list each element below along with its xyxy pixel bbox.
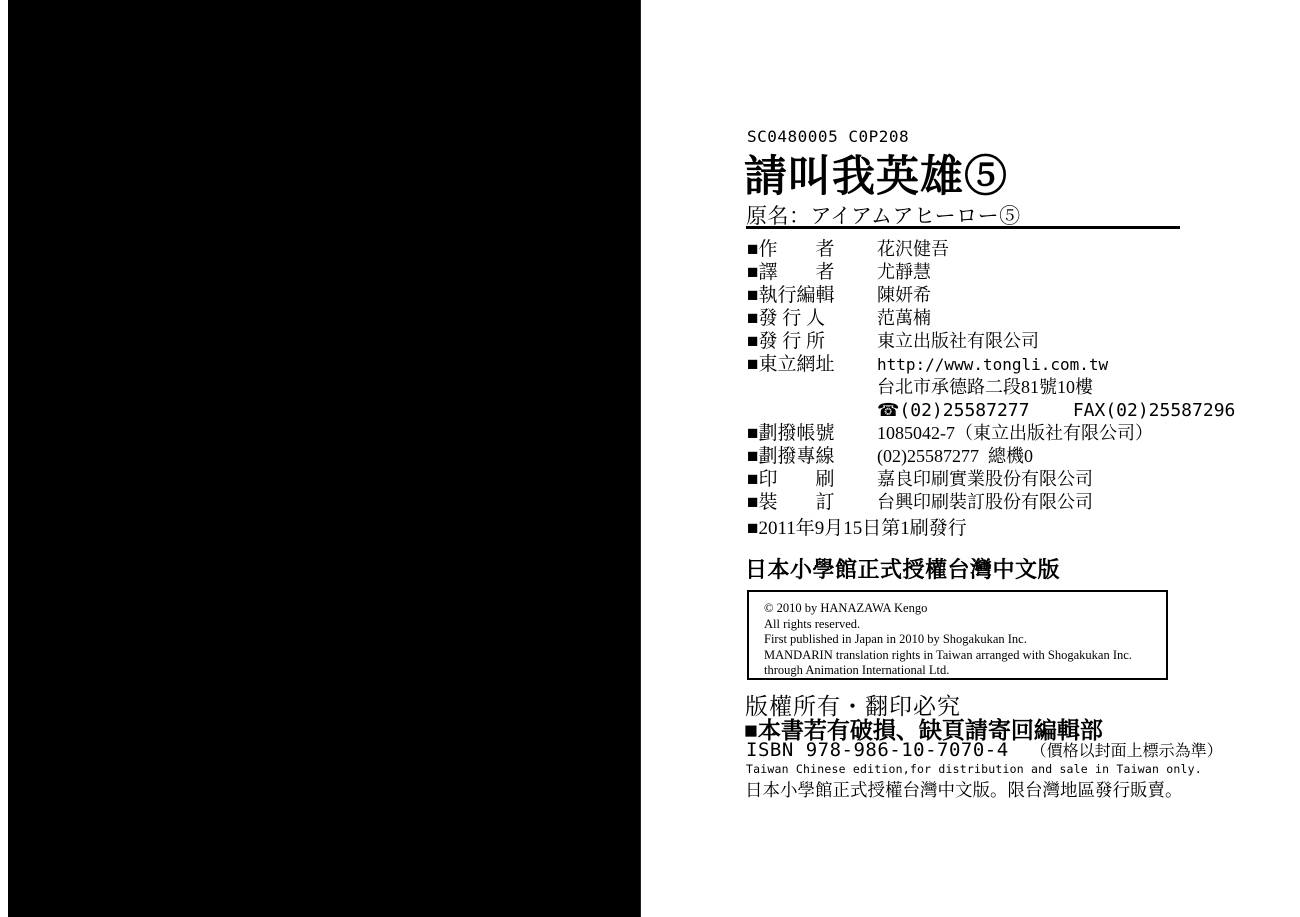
price-note: （價格以封面上標示為準） <box>1031 738 1223 761</box>
credit-row-printer: ■印 刷 嘉良印刷實業股份有限公司 <box>747 468 1207 491</box>
license-heading: 日本小學館正式授權台灣中文版 <box>745 553 1060 584</box>
credit-value: 東立出版社有限公司 <box>877 330 1039 353</box>
credit-label: ■印 刷 <box>747 468 877 491</box>
copyright-line: MANDARIN translation rights in Taiwan ar… <box>764 648 1156 664</box>
credit-row-postal-hotline: ■劃撥專線 (02)25587277 總機0 <box>747 445 1207 468</box>
phone-fax-line: ☎(02)25587277 FAX(02)25587296 <box>877 399 1235 422</box>
credit-label: ■劃撥專線 <box>747 445 877 468</box>
credit-label: ■發 行 所 <box>747 330 877 353</box>
publisher-address: 台北市承德路二段81號10樓 <box>877 376 1093 399</box>
copyright-box: © 2010 by HANAZAWA Kengo All rights rese… <box>747 590 1168 680</box>
credit-row-website: ■東立網址 http://www.tongli.com.tw <box>747 353 1207 376</box>
telephone-icon: ☎ <box>877 400 899 420</box>
credit-value: 嘉良印刷實業股份有限公司 <box>877 468 1093 491</box>
print-date: ■2011年9月15日第1刷發行 <box>747 513 967 540</box>
credit-label: ■裝 訂 <box>747 491 877 514</box>
phone-fax-numbers: (02)25587277 FAX(02)25587296 <box>899 400 1235 421</box>
credit-value: 范萬楠 <box>877 307 931 330</box>
credit-value: 1085042-7（東立出版社有限公司） <box>877 422 1153 445</box>
book-title: 請叫我英雄⑤ <box>744 143 1008 204</box>
credit-row-publisher-person: ■發 行 人 范萬楠 <box>747 307 1207 330</box>
credit-value: (02)25587277 總機0 <box>877 445 1033 468</box>
credit-label: ■東立網址 <box>747 353 877 376</box>
credits-list: ■作 者 花沢健吾 ■譯 者 尤靜慧 ■執行編輯 陳妍希 ■發 行 人 范萬楠 … <box>747 238 1207 514</box>
credit-row-author: ■作 者 花沢健吾 <box>747 238 1207 261</box>
credit-row-address: 台北市承德路二段81號10樓 <box>747 376 1207 399</box>
copyright-line: through Animation International Ltd. <box>764 663 1156 679</box>
credit-row-binder: ■裝 訂 台興印刷裝訂股份有限公司 <box>747 491 1207 514</box>
colophon-page: SC0480005 C0P208 請叫我英雄⑤ 原名：アイアムアヒーロー⑤ ■作… <box>0 0 1300 917</box>
distribution-notice-en: Taiwan Chinese edition,for distribution … <box>746 762 1202 776</box>
credit-row-executive-editor: ■執行編輯 陳妍希 <box>747 284 1207 307</box>
copyright-line: First published in Japan in 2010 by Shog… <box>764 632 1156 648</box>
credit-label: ■執行編輯 <box>747 284 877 307</box>
credit-value: 陳妍希 <box>877 284 931 307</box>
credit-row-postal-account: ■劃撥帳號 1085042-7（東立出版社有限公司） <box>747 422 1207 445</box>
facing-page-black <box>8 0 641 917</box>
credit-label: ■譯 者 <box>747 261 877 284</box>
copyright-line: All rights reserved. <box>764 617 1156 633</box>
isbn-code: ISBN 978-986-10-7070-4 <box>746 739 1009 761</box>
credit-row-translator: ■譯 者 尤靜慧 <box>747 261 1207 284</box>
credit-value: 尤靜慧 <box>877 261 931 284</box>
title-divider-rule <box>746 226 1180 229</box>
credit-value: 花沢健吾 <box>877 238 949 261</box>
credit-row-phone: ☎(02)25587277 FAX(02)25587296 <box>747 399 1207 422</box>
isbn-row: ISBN 978-986-10-7070-4 （價格以封面上標示為準） <box>746 738 1223 761</box>
credit-value: 台興印刷裝訂股份有限公司 <box>877 491 1093 514</box>
distribution-notice-zh: 日本小學館正式授權台灣中文版。限台灣地區發行販賣。 <box>745 777 1183 802</box>
credit-label: ■劃撥帳號 <box>747 422 877 445</box>
copyright-line: © 2010 by HANAZAWA Kengo <box>764 601 1156 617</box>
credit-label: ■發 行 人 <box>747 307 877 330</box>
credit-label: ■作 者 <box>747 238 877 261</box>
credit-row-publishing-house: ■發 行 所 東立出版社有限公司 <box>747 330 1207 353</box>
tongli-website-url: http://www.tongli.com.tw <box>877 353 1108 376</box>
